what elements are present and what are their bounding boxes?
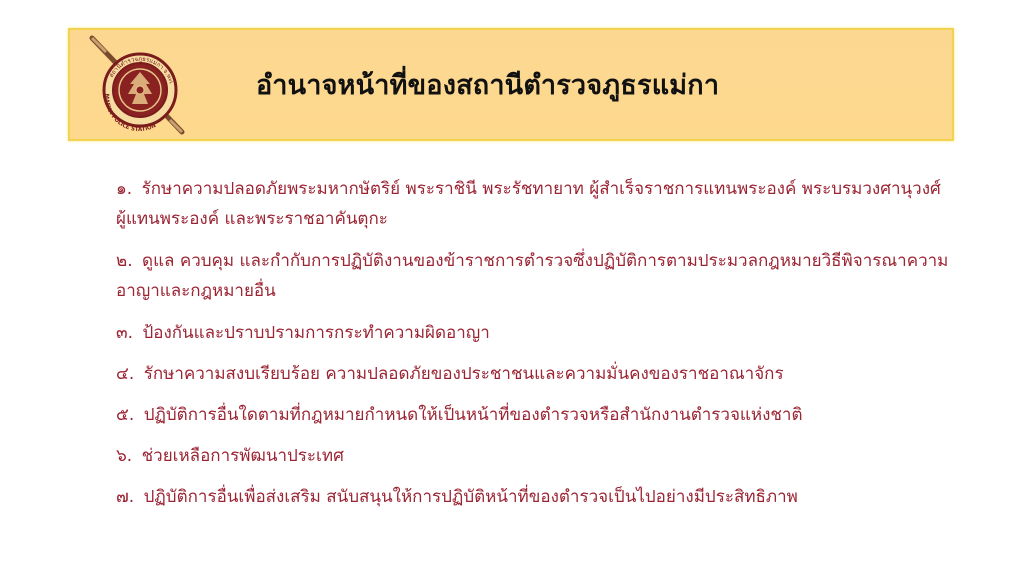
duty-number: ๖.	[116, 446, 132, 466]
duty-number: ๓.	[116, 323, 133, 343]
police-station-emblem-icon: สถานีตำรวจภูธรแม่กา จ.พะเยา MAEKA POLICE…	[84, 32, 192, 140]
duty-number: ๗.	[116, 487, 134, 507]
duty-item-2: ๒. ดูแล ควบคุม และกำกับการปฏิบัติงานของข…	[116, 246, 956, 306]
duty-item-6: ๖. ช่วยเหลือการพัฒนาประเทศ	[116, 441, 956, 471]
duty-item-3: ๓. ป้องกันและปราบปรามการกระทำความผิดอาญา	[116, 318, 956, 348]
duty-item-7: ๗. ปฏิบัติการอื่นเพื่อส่งเสริม สนับสนุนใ…	[116, 482, 956, 512]
duty-text: ดูแล ควบคุม และกำกับการปฏิบัติงานของข้าร…	[116, 251, 948, 301]
duty-text: ป้องกันและปราบปรามการกระทำความผิดอาญา	[142, 323, 489, 343]
duty-item-5: ๕. ปฏิบัติการอื่นใดตามที่กฎหมายกำหนดให้เ…	[116, 400, 956, 430]
slide: สถานีตำรวจภูธรแม่กา จ.พะเยา MAEKA POLICE…	[0, 0, 1024, 576]
duty-number: ๒.	[116, 251, 133, 271]
duty-text: ปฏิบัติการอื่นใดตามที่กฎหมายกำหนดให้เป็น…	[144, 405, 803, 425]
duty-item-1: ๑. รักษาความปลอดภัยพระมหากษัตริย์ พระราช…	[116, 174, 956, 234]
duty-number: ๕.	[116, 405, 134, 425]
duties-list: ๑. รักษาความปลอดภัยพระมหากษัตริย์ พระราช…	[116, 174, 956, 524]
duty-text: รักษาความสงบเรียบร้อย ความปลอดภัยของประช…	[144, 364, 784, 384]
duty-item-4: ๔. รักษาความสงบเรียบร้อย ความปลอดภัยของป…	[116, 359, 956, 389]
title-banner: สถานีตำรวจภูธรแม่กา จ.พะเยา MAEKA POLICE…	[68, 28, 954, 141]
duty-number: ๔.	[116, 364, 134, 384]
duty-number: ๑.	[116, 179, 132, 199]
duty-text: ช่วยเหลือการพัฒนาประเทศ	[142, 446, 344, 466]
duty-text: ปฏิบัติการอื่นเพื่อส่งเสริม สนับสนุนให้ก…	[144, 487, 798, 507]
duty-text: รักษาความปลอดภัยพระมหากษัตริย์ พระราชินี…	[116, 179, 941, 229]
page-title: อำนาจหน้าที่ของสถานีตำรวจภูธรแม่กา	[256, 30, 719, 139]
